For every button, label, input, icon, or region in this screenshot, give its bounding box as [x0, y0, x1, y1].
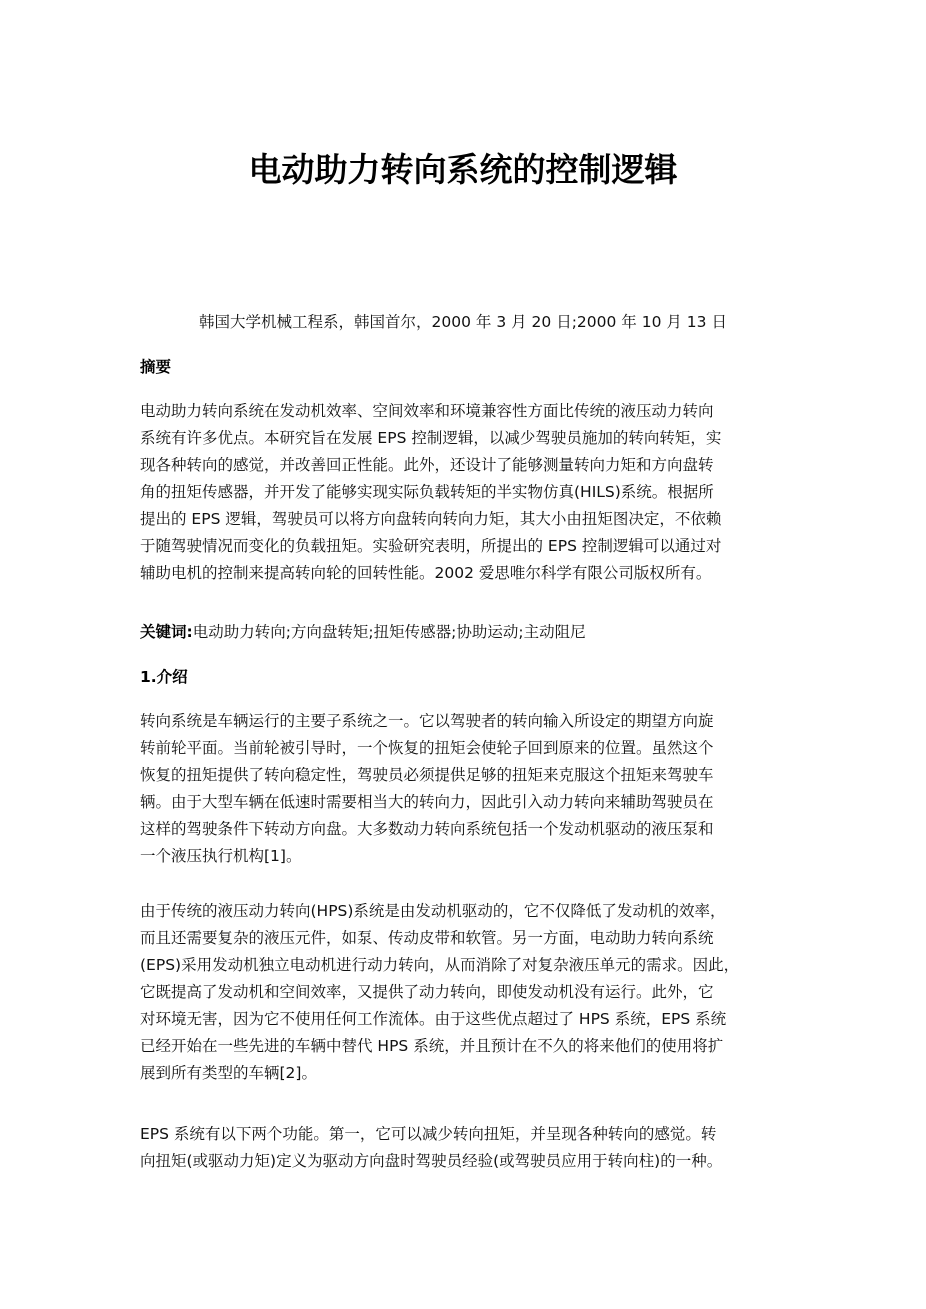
text-line: (EPS)采用发动机独立电动机进行动力转向，从而消除了对复杂液压单元的需求。因此…	[140, 952, 820, 979]
intro-paragraph-1: 转向系统是车辆运行的主要子系统之一。它以驾驶者的转向输入所设定的期望方向旋 转前…	[140, 708, 820, 870]
text-line: 一个液压执行机构[1]。	[140, 843, 820, 870]
document-title: 电动助力转向系统的控制逻辑	[0, 148, 926, 192]
text-line: 系统有许多优点。本研究旨在发展 EPS 控制逻辑，以减少驾驶员施加的转向转矩，实	[140, 425, 820, 452]
document-page: 电动助力转向系统的控制逻辑 韩国大学机械工程系，韩国首尔，2000 年 3 月 …	[0, 0, 926, 1309]
section-heading-introduction: 1.介绍	[140, 666, 188, 688]
text-line: 辅助电机的控制来提高转向轮的回转性能。2002 爱思唯尔科学有限公司版权所有。	[140, 560, 820, 587]
text-line: 现各种转向的感觉，并改善回正性能。此外，还设计了能够测量转向力矩和方向盘转	[140, 452, 820, 479]
text-line: 向扭矩(或驱动力矩)定义为驱动方向盘时驾驶员经验(或驾驶员应用于转向柱)的一种。	[140, 1148, 820, 1175]
intro-paragraph-3: EPS 系统有以下两个功能。第一，它可以减少转向扭矩，并呈现各种转向的感觉。转 …	[140, 1121, 820, 1175]
author-affiliation: 韩国大学机械工程系，韩国首尔，2000 年 3 月 20 日;2000 年 10…	[0, 311, 926, 333]
text-line: 它既提高了发动机和空间效率，又提供了动力转向，即使发动机没有运行。此外，它	[140, 979, 820, 1006]
text-line: 辆。由于大型车辆在低速时需要相当大的转向力，因此引入动力转向来辅助驾驶员在	[140, 789, 820, 816]
text-line: 角的扭矩传感器，并开发了能够实现实际负载转矩的半实物仿真(HILS)系统。根据所	[140, 479, 820, 506]
text-line: 这样的驾驶条件下转动方向盘。大多数动力转向系统包括一个发动机驱动的液压泵和	[140, 816, 820, 843]
text-line: EPS 系统有以下两个功能。第一，它可以减少转向扭矩，并呈现各种转向的感觉。转	[140, 1121, 820, 1148]
text-line: 而且还需要复杂的液压元件，如泵、传动皮带和软管。另一方面，电动助力转向系统	[140, 925, 820, 952]
text-line: 电动助力转向系统在发动机效率、空间效率和环境兼容性方面比传统的液压动力转向	[140, 398, 820, 425]
abstract-paragraph: 电动助力转向系统在发动机效率、空间效率和环境兼容性方面比传统的液压动力转向 系统…	[140, 398, 820, 587]
text-line: 展到所有类型的车辆[2]。	[140, 1060, 820, 1087]
keywords-text: 电动助力转向;方向盘转矩;扭矩传感器;协助运动;主动阻尼	[193, 623, 586, 641]
text-line: 恢复的扭矩提供了转向稳定性，驾驶员必须提供足够的扭矩来克服这个扭矩来驾驶车	[140, 762, 820, 789]
text-line: 已经开始在一些先进的车辆中替代 HPS 系统，并且预计在不久的将来他们的使用将扩	[140, 1033, 820, 1060]
text-line: 转前轮平面。当前轮被引导时，一个恢复的扭矩会使轮子回到原来的位置。虽然这个	[140, 735, 820, 762]
abstract-heading: 摘要	[140, 356, 171, 378]
text-line: 于随驾驶情况而变化的负载扭矩。实验研究表明，所提出的 EPS 控制逻辑可以通过对	[140, 533, 820, 560]
intro-paragraph-2: 由于传统的液压动力转向(HPS)系统是由发动机驱动的，它不仅降低了发动机的效率，…	[140, 898, 820, 1087]
text-line: 由于传统的液压动力转向(HPS)系统是由发动机驱动的，它不仅降低了发动机的效率，	[140, 898, 820, 925]
text-line: 转向系统是车辆运行的主要子系统之一。它以驾驶者的转向输入所设定的期望方向旋	[140, 708, 820, 735]
keywords-label: 关键词:	[140, 623, 193, 641]
text-line: 提出的 EPS 逻辑，驾驶员可以将方向盘转向转向力矩，其大小由扭矩图决定，不依赖	[140, 506, 820, 533]
keywords: 关键词:电动助力转向;方向盘转矩;扭矩传感器;协助运动;主动阻尼	[140, 621, 586, 643]
text-line: 对环境无害，因为它不使用任何工作流体。由于这些优点超过了 HPS 系统，EPS …	[140, 1006, 820, 1033]
